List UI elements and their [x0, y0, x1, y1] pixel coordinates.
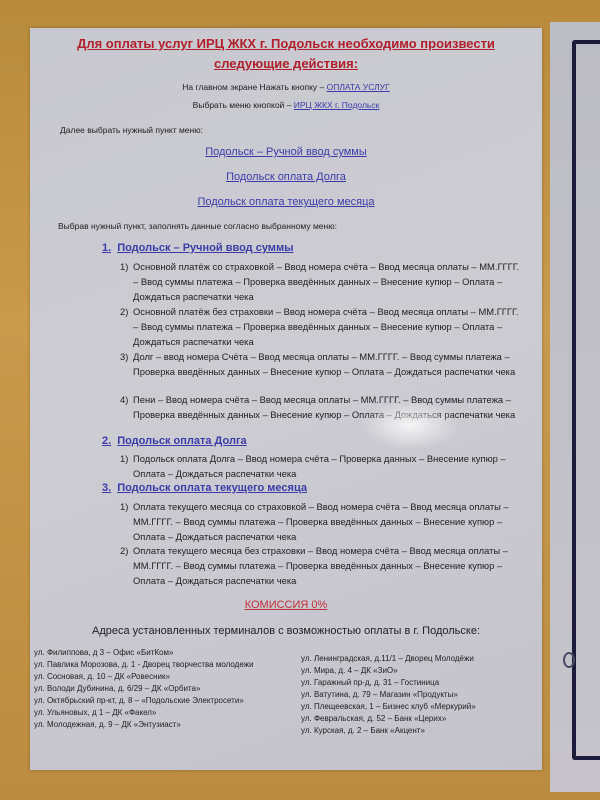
address-item: ул. Плещеевская, 1 – Бизнес клуб «Меркур… — [301, 701, 476, 713]
section-3-step-2: 2) Оплата текущего месяца без страховки … — [120, 543, 520, 588]
menu-option-debt[interactable]: Подольск оплата Долга — [30, 171, 542, 183]
step-index: 1) — [120, 259, 128, 274]
section-1-step-1: 1) Основной платёж со страховкой – Ввод … — [120, 259, 520, 304]
step-index: 4) — [120, 392, 128, 407]
step-index: 2) — [120, 543, 128, 558]
section-number: 2. — [102, 435, 111, 447]
addresses-left-column: ул. Филиппова, д 3 – Офис «БитКом» ул. П… — [34, 647, 254, 731]
address-item: ул. Володи Дубинина, д. 6/29 – ДК «Орбит… — [34, 683, 254, 695]
step-index: 3) — [120, 349, 128, 364]
pin-icon — [563, 652, 575, 668]
address-item: ул. Молодежная, д. 9 – ДК «Энтузиаст» — [34, 719, 254, 731]
section-1-step-4: 4) Пени – Ввод номера счёта – Ввод месяц… — [120, 392, 520, 422]
intro-step-1: На главном экране Нажать кнопку – ОПЛАТА… — [30, 82, 542, 92]
terminal-addresses-title: Адреса установленных терминалов с возмож… — [30, 625, 542, 637]
step-text: Основной платёж без страховки – Ввод ном… — [133, 304, 520, 349]
intro-step-2-text: Выбрать меню кнопкой – — [193, 100, 294, 110]
section-3-heading: 3.Подольск оплата текущего месяца — [102, 482, 307, 494]
section-1-step-3: 3) Долг – ввод номера Счёта – Ввод месяц… — [120, 349, 520, 379]
menu-option-current-month[interactable]: Подольск оплата текущего месяца — [30, 196, 542, 208]
fill-data-text: Выбрав нужный пункт, заполнять данные со… — [58, 221, 337, 231]
section-1-heading: 1.Подольск – Ручной ввод суммы — [102, 242, 293, 254]
address-item: ул. Ульяновых, д 1 – ДК «Факел» — [34, 707, 254, 719]
section-number: 3. — [102, 482, 111, 494]
section-title: Подольск оплата текущего месяца — [117, 482, 307, 494]
address-item: ул. Курская, д. 2 – Банк «Акцент» — [301, 725, 476, 737]
address-item: ул. Октябрьский пр-кт, д. 8 – «Подольски… — [34, 695, 254, 707]
choose-menu-text: Далее выбрать нужный пункт меню: — [60, 125, 203, 135]
page-title-line2: следующие действия: — [30, 54, 542, 74]
section-3-step-1: 1) Оплата текущего месяца со страховкой … — [120, 499, 520, 544]
step-index: 2) — [120, 304, 128, 319]
irc-menu-link[interactable]: ИРЦ ЖКХ г. Подольск — [294, 100, 380, 110]
step-index: 1) — [120, 499, 128, 514]
intro-step-2: Выбрать меню кнопкой – ИРЦ ЖКХ г. Подоль… — [30, 100, 542, 110]
step-text: Пени – Ввод номера счёта – Ввод месяца о… — [133, 392, 520, 422]
menu-option-manual[interactable]: Подольск – Ручной ввод суммы — [30, 146, 542, 158]
addresses-right-column: ул. Ленинградская, д.11/1 – Дворец Молод… — [301, 653, 476, 737]
step-text: Оплата текущего месяца со страховкой – В… — [133, 499, 520, 544]
pay-services-link[interactable]: ОПЛАТА УСЛУГ — [327, 82, 390, 92]
section-2-step-1: 1) Подольск оплата Долга – Ввод номера с… — [120, 451, 520, 481]
address-item: ул. Ватутина, д. 79 – Магазин «Продукты» — [301, 689, 476, 701]
address-item: ул. Сосновая, д. 10 – ДК «Ровесник» — [34, 671, 254, 683]
commission-label: КОМИССИЯ 0% — [30, 599, 542, 611]
section-number: 1. — [102, 242, 111, 254]
step-index: 1) — [120, 451, 128, 466]
section-title: Подольск – Ручной ввод суммы — [117, 242, 293, 254]
address-item: ул. Филиппова, д 3 – Офис «БитКом» — [34, 647, 254, 659]
section-title: Подольск оплата Долга — [117, 435, 246, 447]
address-item: ул. Гаражный пр-д, д. 31 – Гостиница — [301, 677, 476, 689]
section-2-heading: 2.Подольск оплата Долга — [102, 435, 247, 447]
page-title-line1: Для оплаты услуг ИРЦ ЖКХ г. Подольск нео… — [30, 34, 542, 54]
adjacent-notice-frame — [572, 40, 600, 760]
section-1-step-2: 2) Основной платёж без страховки – Ввод … — [120, 304, 520, 349]
step-text: Основной платёж со страховкой – Ввод ном… — [133, 259, 520, 304]
step-text: Долг – ввод номера Счёта – Ввод месяца о… — [133, 349, 520, 379]
step-text: Подольск оплата Долга – Ввод номера счёт… — [133, 451, 520, 481]
address-item: ул. Февральская, д. 52 – Банк «Церих» — [301, 713, 476, 725]
step-text: Оплата текущего месяца без страховки – В… — [133, 543, 520, 588]
instruction-sheet: Для оплаты услуг ИРЦ ЖКХ г. Подольск нео… — [30, 28, 542, 770]
address-item: ул. Мира, д. 4 – ДК «ЗиО» — [301, 665, 476, 677]
address-item: ул. Павлика Морозова, д. 1 - Дворец твор… — [34, 659, 254, 671]
address-item: ул. Ленинградская, д.11/1 – Дворец Молод… — [301, 653, 476, 665]
intro-step-1-text: На главном экране Нажать кнопку – — [182, 82, 326, 92]
